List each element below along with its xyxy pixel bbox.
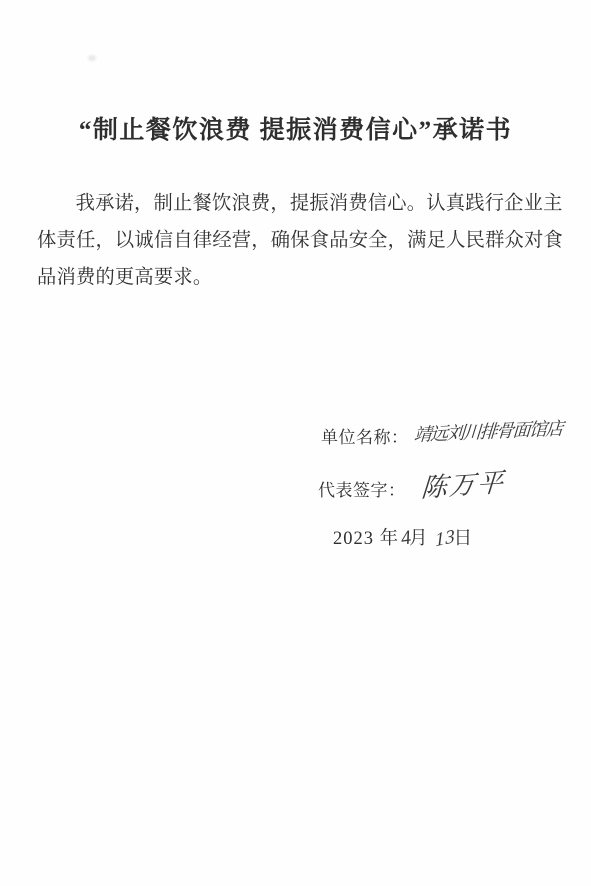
signer-row: 代表签字： 陈万平 <box>318 476 504 505</box>
org-name-row: 单位名称： 靖远刘川排骨面馆店 <box>321 423 561 448</box>
date-year-unit: 年 <box>380 529 400 549</box>
document-page: “制止餐饮浪费 提振消费信心”承诺书 我承诺，制止餐饮浪费，提振消费信心。认真践… <box>0 0 591 886</box>
date-year: 2023 <box>333 529 374 549</box>
scan-smudge <box>88 55 96 61</box>
signer-signature-handwritten: 陈万平 <box>420 462 506 505</box>
paragraph-line: 品消费的更高要求。 <box>37 259 558 296</box>
document-title: “制止餐饮浪费 提振消费信心”承诺书 <box>0 110 591 146</box>
org-name-handwritten: 靖远刘川排骨面馆店 <box>413 414 563 447</box>
date-day-handwritten: 13 <box>434 526 455 553</box>
org-name-label: 单位名称： <box>321 423 409 448</box>
signer-label: 代表签字： <box>318 476 406 501</box>
date-day-unit: 日 <box>454 529 474 549</box>
paragraph-line: 我承诺，制止餐饮浪费，提振消费信心。认真践行企业主 <box>37 185 558 222</box>
date-line: 2023 年4月13日 <box>333 524 473 550</box>
paragraph-line: 体责任，以诚信自律经营，确保食品安全，满足人民群众对食 <box>37 222 558 259</box>
pledge-paragraph: 我承诺，制止餐饮浪费，提振消费信心。认真践行企业主 体责任，以诚信自律经营，确保… <box>37 185 558 296</box>
